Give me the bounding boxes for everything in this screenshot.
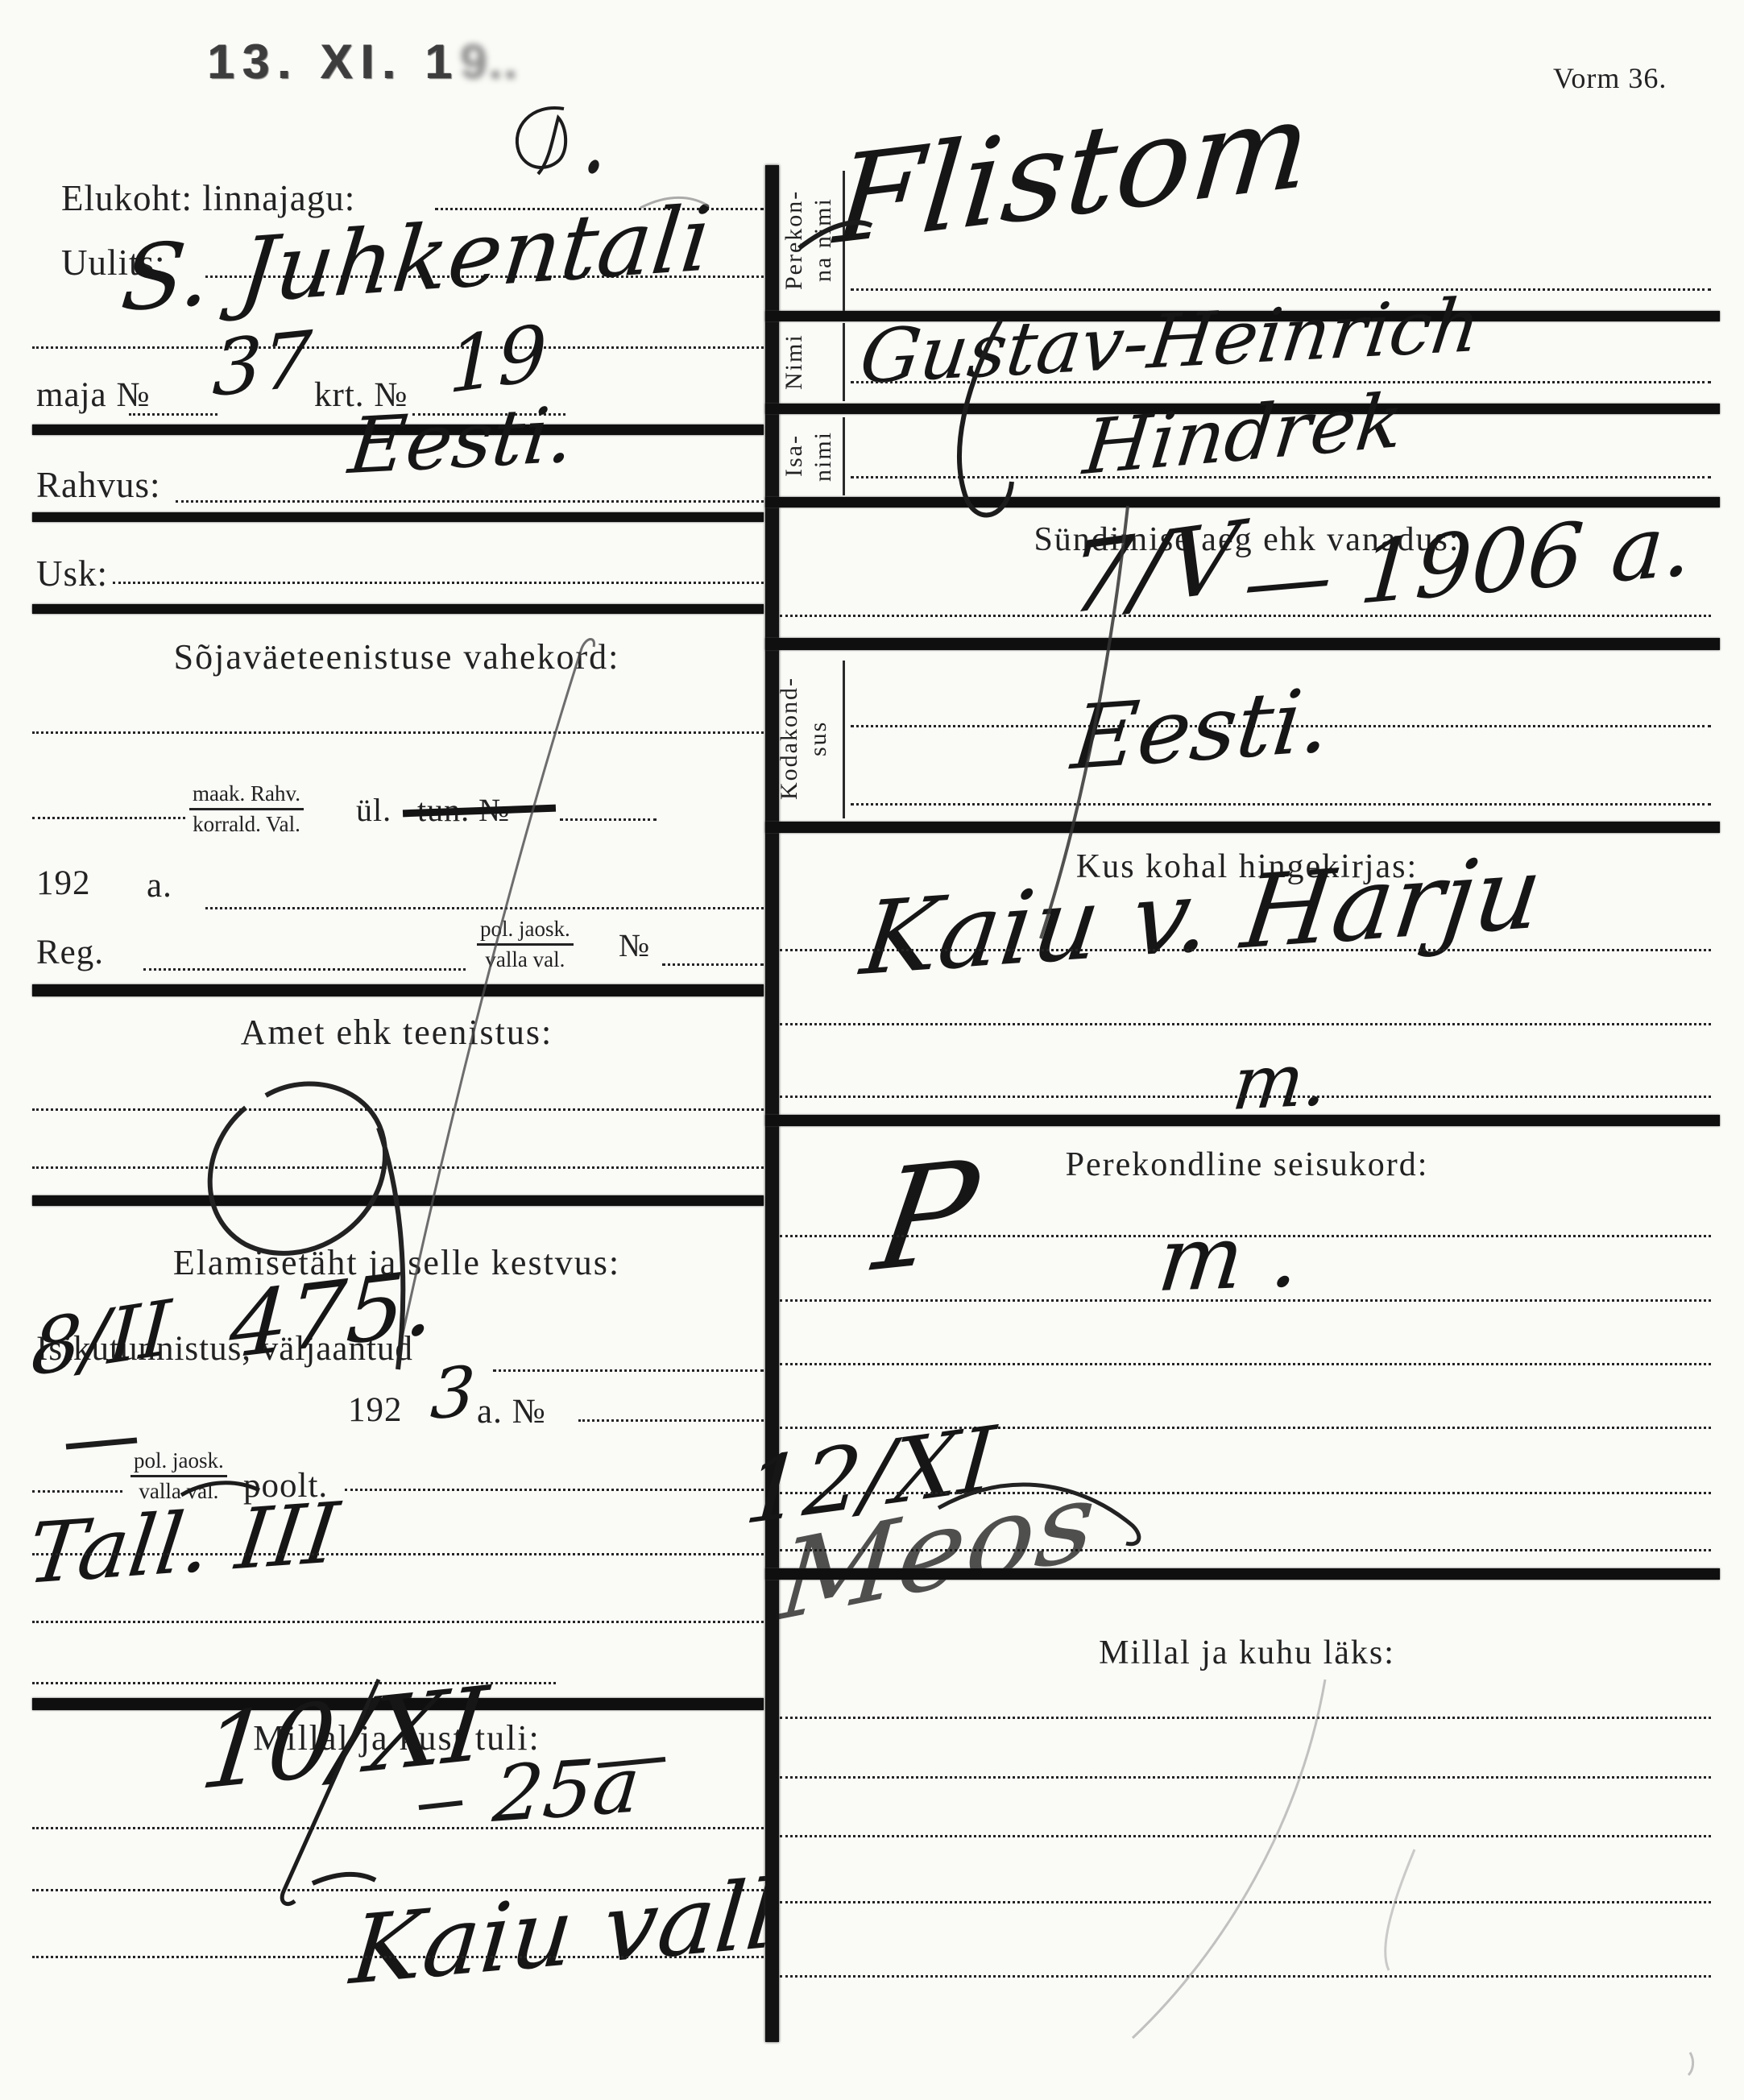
rule [765,1568,1720,1580]
arrival-date-value: 10/XI [195,1664,492,1813]
dash-stroke2 [313,1874,375,1883]
pol-label: pol. jaosk. [477,917,574,946]
pol2-label: pol. jaosk. [130,1448,227,1477]
maak-line-left [32,817,185,819]
father-name-line [851,476,1711,478]
arrival-line1 [32,1827,764,1829]
family-name-value: Flistom [830,73,1316,271]
family-name-label-line1: Perekon- [781,189,807,289]
residence-reg-line2 [780,1023,1711,1025]
arrival-from-value: Kaiu vall [346,1858,782,2006]
status-line2 [780,1299,1711,1302]
pen-squiggle [517,108,565,174]
issuer-line-right [345,1489,764,1491]
citizenship-label: Kodakond- sus [775,659,839,818]
citizenship-label-line1: Kodakond- [776,677,802,801]
id-year-value: 3 [429,1352,477,1435]
maak-fraction: maak. Rahv. korrald. Val. [189,781,304,837]
id-year-label: 192 [348,1390,403,1430]
residence-reg-value2: m. [1228,1036,1332,1127]
military-line [32,731,764,734]
pencil-curve1 [1133,1680,1325,2038]
blank-line1 [32,1553,764,1555]
citizenship-value: Eesti. [1067,669,1336,789]
rule [765,638,1720,650]
name-label: Nimi [780,322,841,401]
departure-heading: Millal ja kuhu läks: [780,1634,1714,1672]
id-a-no-label: a. № [477,1392,546,1431]
date-stamp-smudge: 9.. [460,35,519,89]
date-stamp-text: 13. XI. 1 [208,35,460,89]
citizenship-line2 [851,803,1711,806]
label-separator [843,417,845,495]
nationality-label: Rahvus: [36,464,161,506]
pol-fraction: pol. jaosk. valla val. [477,917,574,972]
rule [32,1195,764,1206]
label-separator [843,661,845,818]
arrival-line3 [32,1956,764,1958]
dash-stroke [419,1803,462,1808]
rule [765,822,1720,833]
pencil-curve2 [1386,1849,1415,1970]
citizenship-label-line2: sus [805,721,831,756]
rule [765,1115,1720,1126]
id-year-line [578,1419,764,1422]
father-label-line1: Isa- [781,435,807,478]
id-date-underline [66,1440,137,1447]
blank-line2 [32,1621,764,1623]
religion-line [113,582,764,584]
name-line [851,381,1711,383]
father-name-label: Isa- nimi [780,416,841,495]
residence-label: Elukoht: linnajagu: [61,177,355,219]
house-value: 37 [211,314,313,414]
departure-line4 [780,1901,1711,1903]
residence-reg-line3 [780,1096,1711,1098]
no-label: № [619,926,650,964]
father-name-value: Hindrek [1079,377,1407,492]
status-line1 [780,1235,1711,1237]
departure-line2 [780,1776,1711,1779]
name-label-text: Nimi [781,333,807,390]
rule [32,984,764,996]
rule [32,604,764,614]
rule [32,512,764,522]
ul-label: ül. [356,791,391,829]
form-number: Vorm 36. [1553,61,1667,95]
issuer-line-left [32,1490,122,1493]
issuer-value: Tall. III [23,1484,344,1603]
tun-line [560,818,657,821]
maak-label: maak. Rahv. [189,781,304,810]
house-label: maja № [36,375,150,415]
reg-label: Reg. [36,933,104,972]
house-line [129,413,217,416]
occupation-line1 [32,1108,764,1111]
family-name-line [851,288,1711,291]
departure-line3 [780,1835,1711,1837]
date-stamp: 13. XI. 19.. [208,34,519,89]
nationality-value: Eesti. [345,390,578,491]
religion-label: Usk: [36,553,108,594]
id-date-value: 8/II [29,1283,173,1394]
year192-line [205,907,764,909]
nationality-line [176,500,764,503]
occupation-line2 [32,1166,764,1169]
pencil-tick [1688,2052,1693,2075]
departure-line5 [780,1975,1711,1978]
reg-no-line [662,963,764,966]
street-line2 [32,346,764,349]
military-heading: Sõjaväeteenistuse vahekord: [32,636,761,677]
a-label: a. [147,866,172,905]
id-no-line [493,1369,764,1372]
registration-card: 13. XI. 19.. Vorm 36. Elukoht: linnajagu… [0,0,1744,2100]
arrival-year-value: 25a [490,1740,644,1840]
family-status-value2: m . [1154,1203,1306,1311]
reg-line [143,968,466,971]
valla-label: valla val. [477,946,574,972]
column-divider [765,165,779,2042]
birth-line [780,615,1711,617]
departure-line1 [780,1717,1711,1719]
birth-year-value: — 1906 a. [1241,495,1696,634]
pen-dot [586,158,601,175]
label-separator [843,323,845,401]
residence-reg-line1 [780,949,1711,951]
father-label-line2: nimi [810,431,836,482]
occupation-heading: Amet ehk teenistus: [32,1012,761,1053]
status-line3 [780,1363,1711,1365]
year192-label: 192 [36,864,91,903]
korrald-label: korrald. Val. [189,810,304,837]
